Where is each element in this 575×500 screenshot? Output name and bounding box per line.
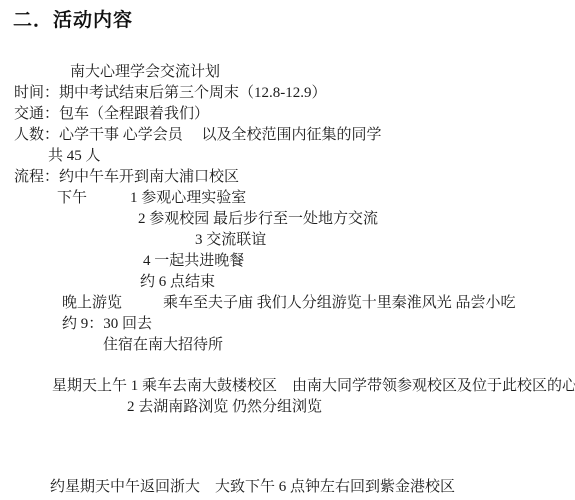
doc-line-afternoon-item2: 2 参观校园 最后步行至一处地方交流 [138,209,575,230]
section-title: 二．活动内容 [13,8,575,34]
doc-line-afternoon-item4: 4 一起共进晚餐 [143,251,575,272]
doc-line-return-time: 约 9：30 回去 [62,314,575,335]
doc-line-schedule: 流程：约中午车开到南大浦口校区 [14,167,575,188]
doc-line-subtitle: 南大心理学会交流计划 [70,62,575,83]
doc-line-evening: 晚上游览乘车至夫子庙 我们人分组游览十里秦淮风光 品尝小吃 [62,293,575,314]
doc-line-transport: 交通：包车（全程跟着我们） [14,104,575,125]
doc-line-sunday-morning: 星期天上午 1 乘车去南大鼓楼校区 由南大同学带领参观校区及位于此校区的心理系 [52,376,575,397]
doc-line-afternoon: 下午1 参观心理实验室 [57,188,575,209]
doc-line-afternoon-item3: 3 交流联谊 [195,230,575,251]
document-page: 二．活动内容 南大心理学会交流计划 时间：期中考试结束后第三个周末（12.8-1… [0,8,575,500]
doc-line-end-time: 约 6 点结束 [140,272,575,293]
doc-line-afternoon-item1: 1 参观心理实验室 [130,188,246,209]
doc-line-people: 人数：心学干事 心学会员 以及全校范围内征集的同学 [14,125,575,146]
doc-line-evening-label: 晚上游览 [62,295,122,311]
doc-line-time: 时间：期中考试结束后第三个周末（12.8-12.9） [14,83,575,104]
doc-line-lodging: 住宿在南大招待所 [103,335,575,356]
doc-line-sunday-item2: 2 去湖南路浏览 仍然分组浏览 [127,397,575,418]
doc-line-return-trip: 约星期天中午返回浙大 大致下午 6 点钟左右回到紫金港校区 [50,477,575,498]
doc-line-total-count: 共 45 人 [48,146,575,167]
doc-line-evening-detail: 乘车至夫子庙 我们人分组游览十里秦淮风光 品尝小吃 [163,293,516,314]
doc-line-afternoon-label: 下午 [57,190,87,206]
